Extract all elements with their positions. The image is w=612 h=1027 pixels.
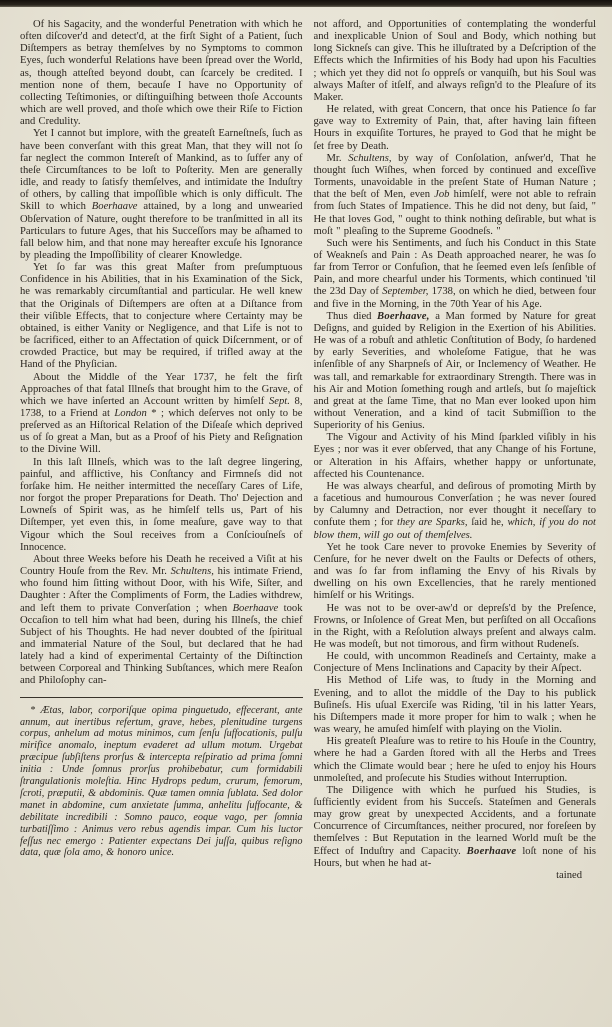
footnote: * Ætas, labor, corporiſque opima pinguet…	[20, 697, 303, 860]
right-column: not afford, and Opportunities of contemp…	[314, 19, 597, 1021]
text-segment: ſaid he,	[468, 517, 508, 528]
paragraph: His greateſt Pleaſure was to retire to h…	[314, 736, 597, 785]
paragraph: He could, with uncommon Readineſs and Ce…	[314, 651, 597, 675]
paragraph: About the Middle of the Year 1737, he fe…	[20, 372, 303, 457]
text-segment: Schultens,	[171, 566, 214, 577]
paragraph: About three Weeks before his Death he re…	[20, 554, 303, 688]
text-segment: Job	[434, 189, 449, 200]
paragraph: Of his Sagacity, and the wonderful Penet…	[20, 19, 303, 128]
paragraph: Yet I cannot but implore, with the great…	[20, 128, 303, 262]
right-column-text: not afford, and Opportunities of contemp…	[314, 19, 597, 870]
text-segment: September,	[382, 286, 428, 297]
text-segment: they are Sparks,	[397, 517, 468, 528]
text-segment: Yet I cannot but implore, with the great…	[20, 128, 303, 212]
paragraph: He related, with great Concern, that onc…	[314, 104, 597, 153]
paragraph: The Diligence with which he purſued his …	[314, 785, 597, 870]
text-segment: His greateſt Pleaſure was to retire to h…	[314, 736, 597, 783]
text-segment: Boerhaave	[233, 603, 279, 614]
paragraph: Yet ſo far was this great Maſter from pr…	[20, 262, 303, 371]
paragraph: He was not to be over-aw'd or depreſs'd …	[314, 603, 597, 652]
left-column: Of his Sagacity, and the wonderful Penet…	[20, 19, 303, 1021]
paragraph: Mr. Schultens, by way of Conſolation, an…	[314, 153, 597, 238]
text-segment: Boerhaave	[467, 846, 517, 857]
scan-top-edge	[0, 0, 612, 7]
text-segment: Yet he took Care never to provoke Enemie…	[314, 542, 597, 602]
text-segment: The Vigour and Activity of his Mind ſpar…	[314, 432, 597, 479]
paragraph: The Vigour and Activity of his Mind ſpar…	[314, 432, 597, 481]
text-segment: Of his Sagacity, and the wonderful Penet…	[20, 19, 303, 127]
text-segment: took Occaſion to tell him what had been,…	[20, 603, 303, 687]
text-segment: Yet ſo far was this great Maſter from pr…	[20, 262, 303, 370]
catchword: tained	[314, 870, 597, 882]
document-page: Of his Sagacity, and the wonderful Penet…	[0, 7, 612, 1027]
text-segment: In this laſt Illneſs, which was to the l…	[20, 457, 303, 553]
text-segment: He could, with uncommon Readineſs and Ce…	[314, 651, 597, 674]
text-segment: not afford, and Opportunities of contemp…	[314, 19, 597, 103]
paragraph: Thus died Boerhaave, a Man formed by Nat…	[314, 311, 597, 433]
text-segment: He was not to be over-aw'd or depreſs'd …	[314, 603, 597, 650]
text-segment: London	[114, 408, 146, 419]
text-segment: Thus died	[327, 311, 377, 322]
paragraph: Yet he took Care never to provoke Enemie…	[314, 542, 597, 603]
text-segment: About the Middle of the Year 1737, he fe…	[20, 372, 303, 407]
text-segment: Mr.	[327, 153, 349, 164]
text-segment: Boerhaave	[92, 201, 138, 212]
paragraph: In this laſt Illneſs, which was to the l…	[20, 457, 303, 554]
text-segment: He related, with great Concern, that onc…	[314, 104, 597, 151]
text-segment: His Method of Life was, to ſtudy in the …	[314, 675, 597, 735]
text-segment: Sept.	[269, 396, 290, 407]
text-segment: Boerhaave,	[377, 311, 430, 322]
text-segment: Schultens,	[348, 153, 391, 164]
paragraph: His Method of Life was, to ſtudy in the …	[314, 675, 597, 736]
paragraph: Such were his Sentiments, and ſuch his C…	[314, 238, 597, 311]
text-segment: a Man formed by Nature for great Deſigns…	[314, 311, 597, 431]
paragraph: not afford, and Opportunities of contemp…	[314, 19, 597, 104]
paragraph: He was always chearful, and deſirous of …	[314, 481, 597, 542]
left-column-text: Of his Sagacity, and the wonderful Penet…	[20, 19, 303, 688]
